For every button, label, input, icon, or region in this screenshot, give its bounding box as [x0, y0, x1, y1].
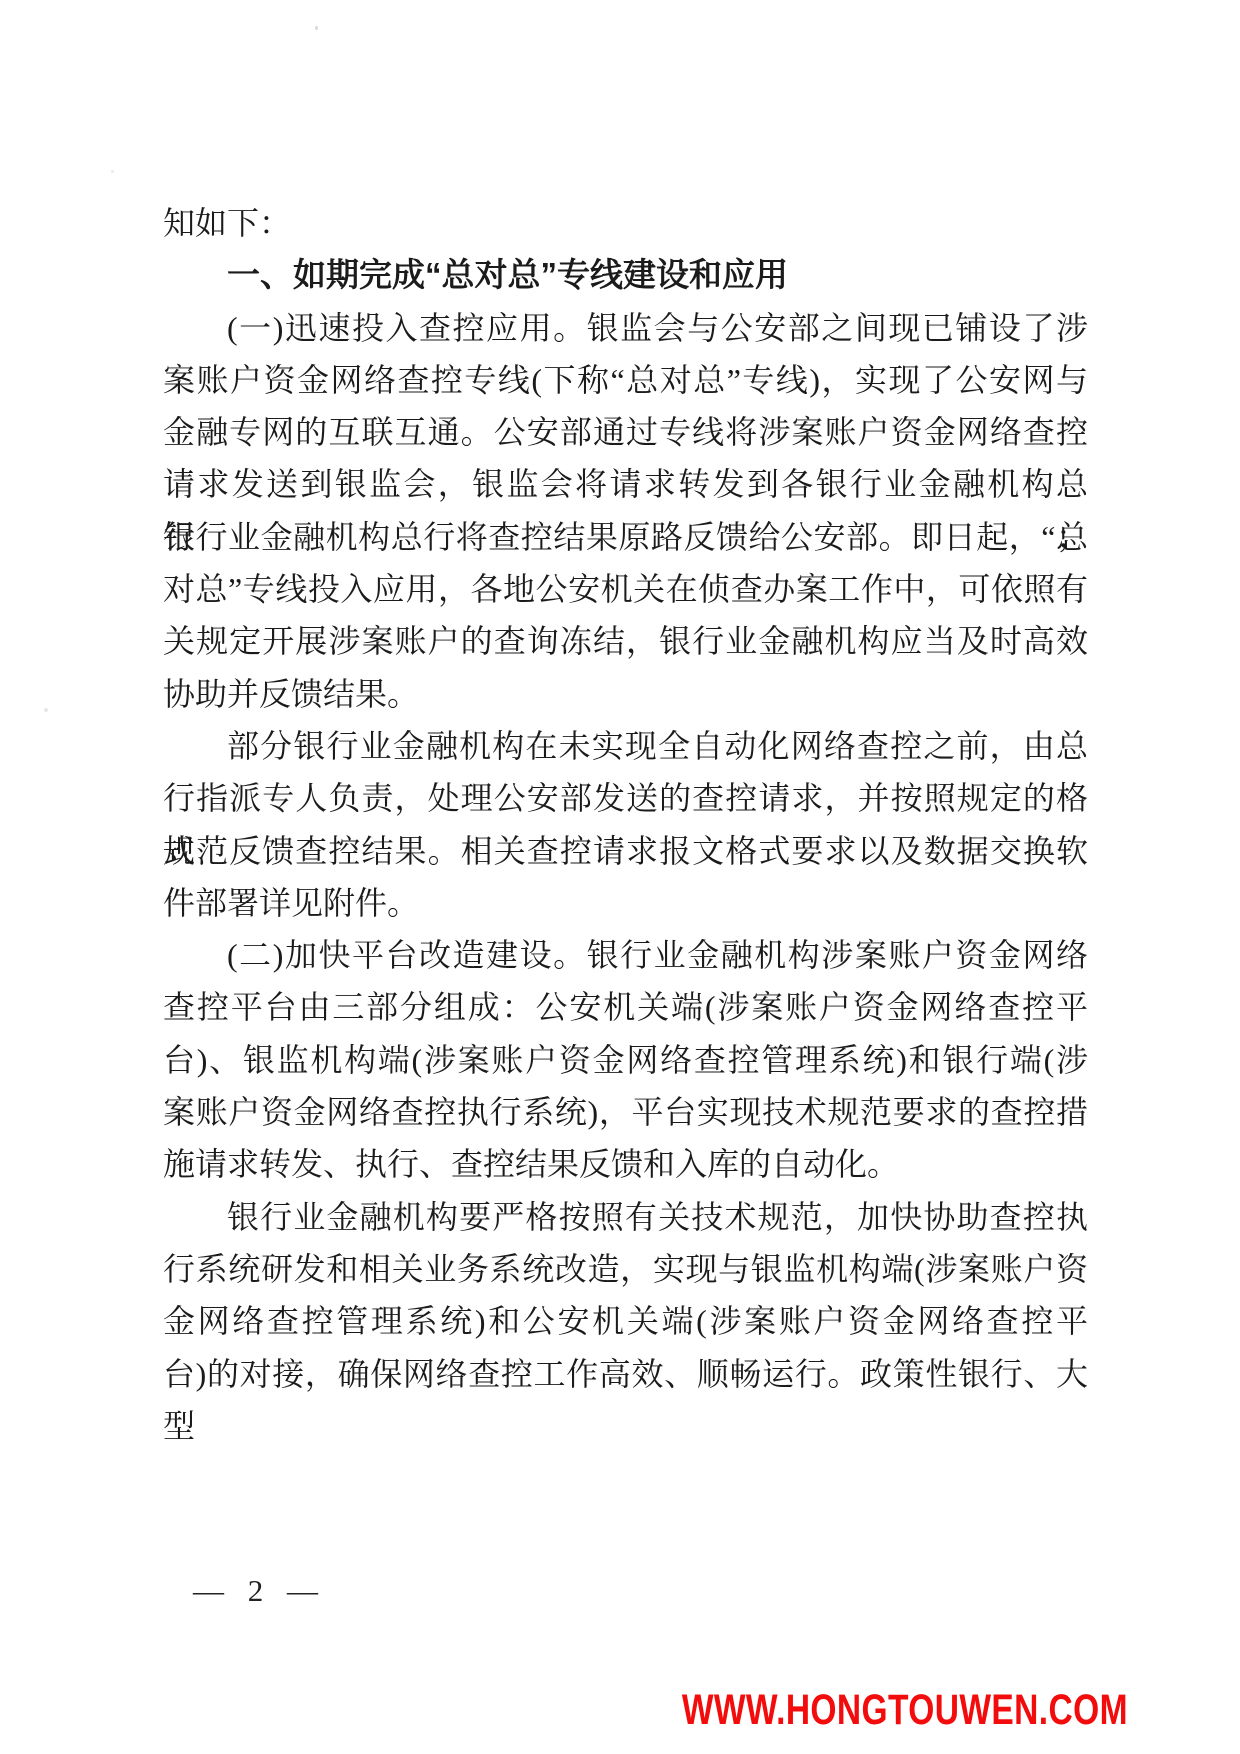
text-line: 金网络查控管理系统)和公安机关端(涉案账户资金网络查控平 [163, 1295, 1088, 1347]
text-line: 银行业金融机构总行将查控结果原路反馈给公安部。即日起，“总 [163, 511, 1088, 563]
text-line: 部分银行业金融机构在未实现全自动化网络查控之前，由总 [163, 720, 1088, 772]
text-line: (一)迅速投入查控应用。银监会与公安部之间现已铺设了涉 [163, 302, 1088, 354]
text-line: 行指派专人负责，处理公安部发送的查控请求，并按照规定的格式 [163, 772, 1088, 824]
text-line: 案账户资金网络查控执行系统)，平台实现技术规范要求的查控措 [163, 1086, 1088, 1138]
scan-artifact-dot [44, 708, 48, 712]
text-line: 关规定开展涉案账户的查询冻结，银行业金融机构应当及时高效 [163, 615, 1088, 667]
text-line: (二)加快平台改造建设。银行业金融机构涉案账户资金网络 [163, 929, 1088, 981]
text-line: 对总”专线投入应用，各地公安机关在侦查办案工作中，可依照有 [163, 563, 1088, 615]
text-line: 件部署详见附件。 [163, 877, 1088, 929]
text-line: 行系统研发和相关业务系统改造，实现与银监机构端(涉案账户资 [163, 1243, 1088, 1295]
section-heading: 一、如期完成“总对总”专线建设和应用 [163, 249, 1088, 301]
scanned-document-page: 知如下：一、如期完成“总对总”专线建设和应用(一)迅速投入查控应用。银监会与公安… [0, 0, 1240, 1754]
text-line: 规范反馈查控结果。相关查控请求报文格式要求以及数据交换软 [163, 825, 1088, 877]
text-line: 台)的对接，确保网络查控工作高效、顺畅运行。政策性银行、大型 [163, 1348, 1088, 1400]
text-line: 金融专网的互联互通。公安部通过专线将涉案账户资金网络查控 [163, 406, 1088, 458]
page-number: — 2 — [193, 1573, 326, 1609]
text-line: 查控平台由三部分组成：公安机关端(涉案账户资金网络查控平 [163, 981, 1088, 1033]
text-line: 案账户资金网络查控专线(下称“总对总”专线)，实现了公安网与 [163, 354, 1088, 406]
document-body: 知如下：一、如期完成“总对总”专线建设和应用(一)迅速投入查控应用。银监会与公安… [163, 197, 1088, 1400]
watermark-text: WWW.HONGTOUWEN.COM [682, 1686, 1128, 1735]
text-line: 知如下： [163, 197, 1088, 249]
text-line: 协助并反馈结果。 [163, 668, 1088, 720]
text-line: 请求发送到银监会，银监会将请求转发到各银行业金融机构总行； [163, 458, 1088, 510]
scan-artifact-dot [315, 26, 318, 30]
text-line: 施请求转发、执行、查控结果反馈和入库的自动化。 [163, 1138, 1088, 1190]
scan-artifact-dot [111, 170, 114, 173]
text-line: 银行业金融机构要严格按照有关技术规范，加快协助查控执 [163, 1191, 1088, 1243]
text-line: 台)、银监机构端(涉案账户资金网络查控管理系统)和银行端(涉 [163, 1034, 1088, 1086]
